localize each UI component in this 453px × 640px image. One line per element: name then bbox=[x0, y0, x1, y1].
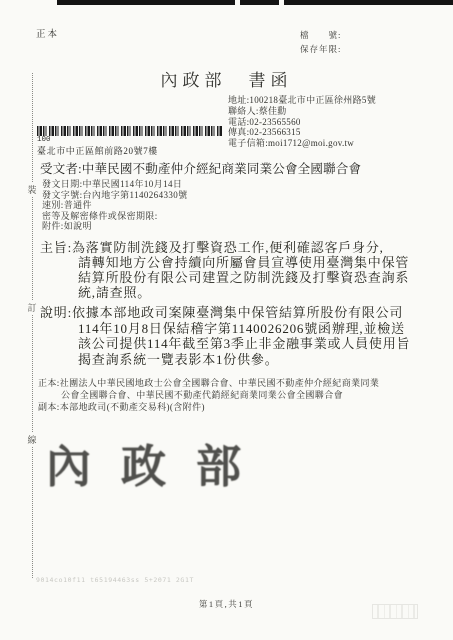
description-line: 揭查詢系統一覽表影本1份供參。 bbox=[78, 349, 279, 368]
security-classification: 密等及解密條件或保密期限: bbox=[42, 211, 188, 222]
contact-email: 電子信箱:moi1712@moi.gov.tw bbox=[228, 138, 376, 149]
original-recipients-line: 正本:社團法人中華民國地政士公會全國聯合會、中華民國不動產仲介經紀商業同業 bbox=[38, 377, 379, 389]
agency-contact-block: 地址:100218臺北市中正區徐州路5號 聯絡人:蔡佳勳 電話:02-23565… bbox=[228, 95, 376, 149]
binding-char-xian: 線 bbox=[25, 433, 39, 446]
scanned-official-letter: 正本 檔 號: 保存年限: 內政部 書函 地址:100218臺北市中正區徐州路5… bbox=[0, 0, 453, 640]
attachment-note: 附件:如說明 bbox=[42, 221, 188, 232]
copy-type-label: 正本 bbox=[36, 26, 59, 40]
postal-barcode bbox=[37, 126, 223, 136]
binding-char-zhuang: 裝 bbox=[25, 183, 39, 196]
postal-code: 100 bbox=[37, 136, 51, 144]
cc-recipients-line: 副本:本部地政司(不動產交易科)(含附件) bbox=[38, 401, 379, 413]
print-trace-code: 9014co10f11 t65194463ss 5+2071 2G1T bbox=[36, 576, 194, 584]
contact-phone: 電話:02-23565560 bbox=[228, 117, 376, 128]
subject-line: 統,請查照。 bbox=[78, 282, 151, 301]
subject-paragraph: 主旨:為落實防制洗錢及打擊資恐工作,便利確認客戶身分, 請轉知地方公會持續向所屬… bbox=[40, 237, 440, 299]
recipient-postal-address: 臺北市中正區館前路20號7樓 bbox=[37, 144, 158, 157]
dispatch-meta-block: 發文日期:中華民國114年10月14日 發文字號:台內地字第1140264330… bbox=[42, 179, 188, 232]
distribution-block: 正本:社團法人中華民國地政士公會全國聯合會、中華民國不動產仲介經紀商業同業 公會… bbox=[38, 377, 379, 413]
retention-period-label: 保存年限: bbox=[300, 42, 341, 56]
dispatch-number: 發文字號:台內地字第1140264330號 bbox=[42, 190, 188, 201]
original-recipients-line: 公會全國聯合會、中華民國不動產代銷經紀商業同業公會全國聯合會 bbox=[38, 389, 379, 401]
recipient-line: 受文者:中華民國不動產仲介經紀商業同業公會全國聯合會 bbox=[40, 159, 361, 177]
description-paragraph: 說明:依據本部地政司案陳臺灣集中保管結算所股份有限公司 114年10月8日保結稽… bbox=[40, 302, 440, 364]
agency-seal-stamp: 內政部 bbox=[46, 430, 271, 495]
contact-fax: 傳真:02-23566315 bbox=[228, 127, 376, 138]
contact-person: 聯絡人:蔡佳勳 bbox=[228, 106, 376, 117]
contact-address: 地址:100218臺北市中正區徐州路5號 bbox=[228, 95, 376, 106]
document-title: 內政部 書函 bbox=[0, 66, 453, 91]
dispatch-date: 發文日期:中華民國114年10月14日 bbox=[42, 179, 188, 190]
binding-dotted-line bbox=[32, 73, 33, 578]
binding-char-ding: 訂 bbox=[25, 301, 39, 314]
file-number-label: 檔 號: bbox=[300, 28, 341, 42]
file-number-block: 檔 號: 保存年限: bbox=[300, 28, 341, 56]
faint-stamp-mark bbox=[372, 604, 418, 619]
delivery-speed: 速別:普通件 bbox=[42, 200, 188, 211]
scan-artifact-top-bar bbox=[57, 0, 453, 5]
